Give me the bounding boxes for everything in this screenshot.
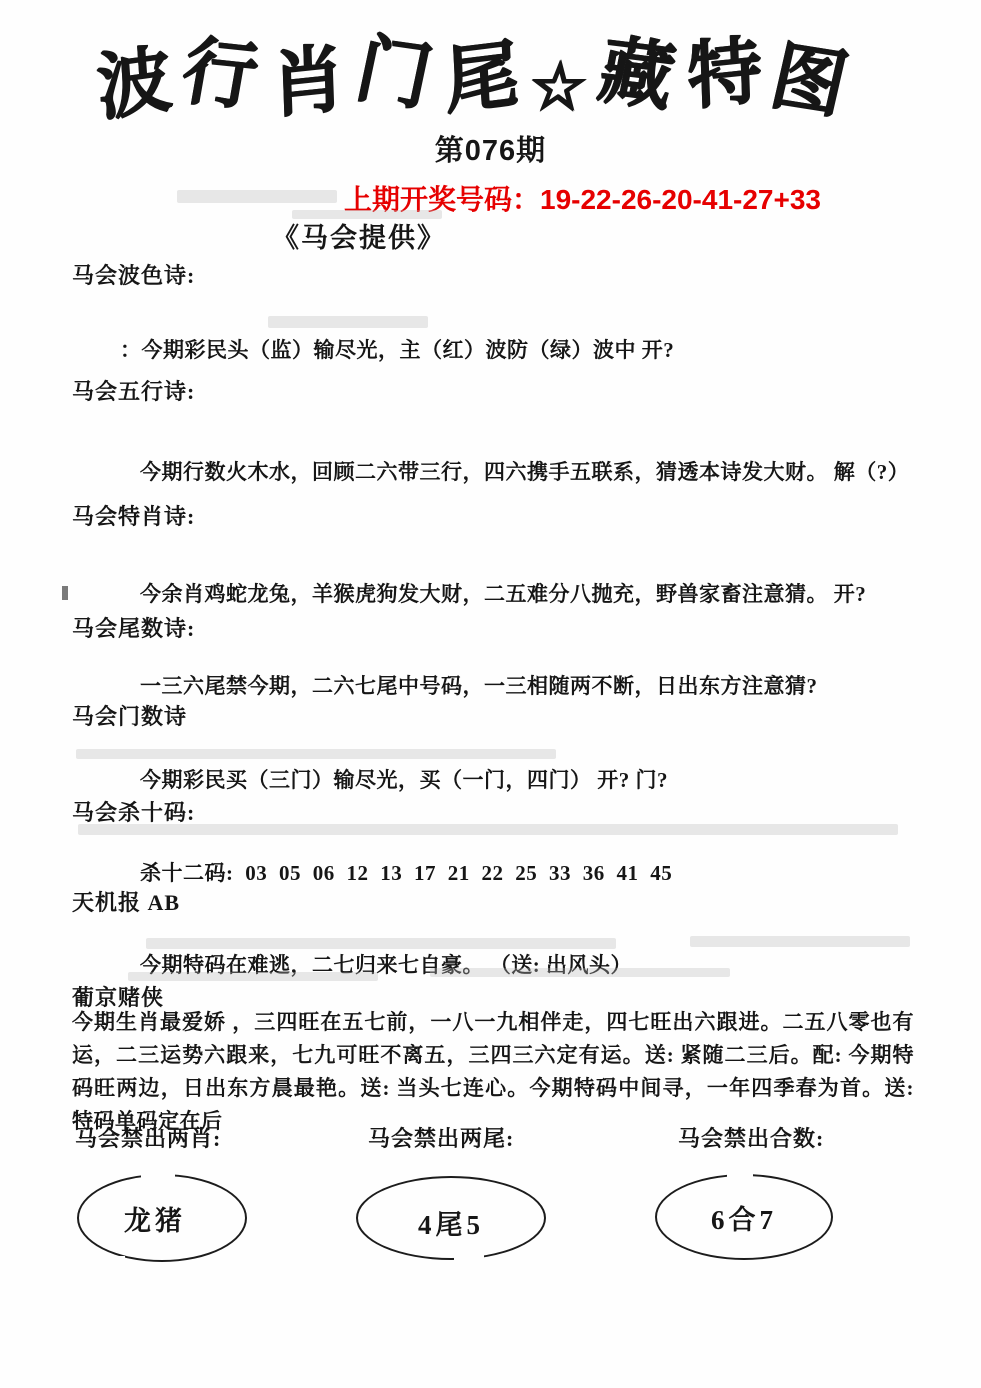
scan-artifact [268, 316, 428, 328]
source-credit: 《马会提供》 [272, 216, 446, 255]
ban-ellipse-two-zodiac: 龙猪 [77, 1174, 247, 1262]
section-label-kill-codes: 马会杀十码: [72, 796, 195, 827]
tip-sheet-page: 波行肖门尾☆藏特图 第076期 上期开奖号码：19-22-26-20-41-27… [0, 0, 981, 1388]
ban-ellipse-sum-number: 6合7 [655, 1174, 833, 1260]
kill-twelve-codes: 杀十二码: 03 05 06 12 13 17 21 22 25 33 36 4… [140, 857, 672, 887]
ban-label-two-zodiac: 马会禁出两肖: [75, 1122, 221, 1153]
scan-artifact [78, 824, 898, 835]
ellipse-stroke-gap [454, 1254, 484, 1262]
scan-artifact [292, 210, 442, 219]
section-label-tail-number: 马会尾数诗: [72, 612, 195, 643]
poem-five-elements: 今期行数火木水，回顾二六带三行，四六携手五联系，猜透本诗发大财。 解（?） [140, 456, 909, 486]
ellipse-stroke-gap [107, 1256, 125, 1264]
poem-tail-number: 一三六尾禁今期，二六七尾中号码，一三相随两不断，日出东方注意猜? [140, 670, 818, 700]
section-label-gate-number: 马会门数诗 [72, 700, 187, 731]
page-title: 波行肖门尾☆藏特图 [92, 18, 900, 130]
scan-artifact [177, 190, 337, 203]
ban-value-two-zodiac: 龙猪 [124, 1199, 200, 1238]
ban-ellipse-two-tails: 4尾5 [356, 1176, 546, 1260]
pujing-paragraph: 今期生肖最爱娇 ，三四旺在五七前，一八一九相伴走，四七旺出六跟进。二五八零也有运… [72, 1006, 914, 1138]
section-label-five-elements: 马会五行诗: [72, 375, 195, 406]
scan-artifact [146, 938, 616, 949]
ban-label-sum-number: 马会禁出合数: [678, 1122, 824, 1153]
ellipse-stroke-gap [727, 1172, 753, 1180]
scan-artifact [690, 936, 910, 947]
scan-artifact [430, 968, 730, 977]
section-label-wave-color: 马会波色诗: [72, 259, 195, 290]
poem-special-zodiac: 今余肖鸡蛇龙兔，羊猴虎狗发大财，二五难分八抛充，野兽家畜注意猜。 开? [140, 578, 866, 608]
poem-gate-number: 今期彩民买（三门）输尽光，买（一门，四门） 开? 门? [140, 764, 668, 794]
section-label-tianji-report: 天机报 AB [72, 886, 180, 917]
scan-artifact [62, 586, 68, 600]
section-label-special-zodiac: 马会特肖诗: [72, 500, 195, 531]
poem-wave-color: ：今期彩民头（监）输尽光，主（红）波防（绿）波中 开? [120, 334, 674, 364]
scan-artifact [128, 972, 378, 981]
scan-artifact [76, 749, 556, 759]
ban-value-sum-number: 6合7 [711, 1198, 777, 1237]
ban-value-two-tails: 4尾5 [418, 1195, 484, 1242]
ellipse-stroke-gap [141, 1172, 175, 1180]
ban-label-two-tails: 马会禁出两尾: [368, 1122, 514, 1153]
issue-number: 第076期 [0, 128, 981, 169]
